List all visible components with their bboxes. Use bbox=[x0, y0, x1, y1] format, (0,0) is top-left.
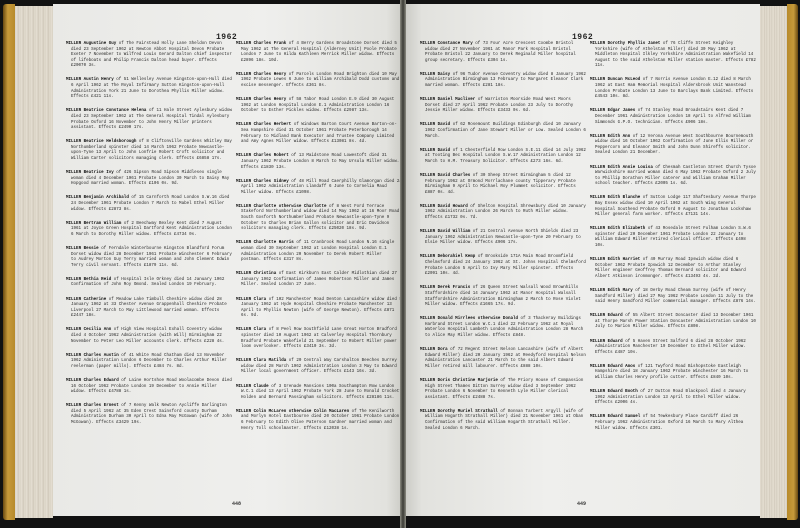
entry-given-names: Dorothy Phyllis Janet bbox=[608, 42, 661, 46]
entry-given-names: Clara bbox=[254, 328, 267, 332]
right-page-column-1: MILLER Constance Mary of 73 Four Acre Cr… bbox=[420, 42, 588, 441]
entry-surname: MILLER bbox=[420, 42, 435, 46]
probate-entry: MILLER Benjamin Archibald of 15 Carnfort… bbox=[66, 196, 234, 213]
entry-given-names: Charles Austin bbox=[84, 354, 119, 358]
entry-surname: MILLER bbox=[236, 73, 251, 77]
probate-entry: MILLER Charles Robert of 13 Maidstone Ro… bbox=[236, 154, 404, 171]
entry-given-names: Dorothy Muriel Strathall bbox=[438, 410, 498, 414]
entry-surname: MILLER bbox=[420, 255, 435, 259]
probate-entry: MILLER Cecilia Ann of High View Hospital… bbox=[66, 328, 234, 345]
entry-given-names: Charlotte otherwise Charlotte bbox=[254, 205, 327, 209]
entry-text: of 72 Regent Street Nelson Lancashire (w… bbox=[425, 348, 586, 369]
entry-surname: MILLER bbox=[590, 340, 605, 344]
entry-surname: MILLER bbox=[66, 328, 81, 332]
probate-entry: MILLER Christina of East Kirkburn East C… bbox=[236, 272, 404, 289]
entry-given-names: Charles Frank bbox=[254, 42, 287, 46]
probate-entry: MILLER Doris Christine Marjorie of The P… bbox=[420, 379, 588, 401]
entry-text: of 62 Rosemount Buildings Edinburgh died… bbox=[425, 123, 586, 138]
entry-given-names: Edith Elizabeth bbox=[608, 227, 646, 231]
entry-surname: MILLER bbox=[66, 298, 81, 302]
entry-surname: MILLER bbox=[590, 390, 605, 394]
probate-entry: MILLER Clara Matilda of 20 Central Way C… bbox=[236, 359, 404, 376]
page-year-heading: 1962 bbox=[216, 33, 237, 42]
probate-entry: MILLER Edward of 55 Albert Street Doncas… bbox=[590, 314, 758, 331]
entry-given-names: Edith Harriet bbox=[608, 258, 641, 262]
entry-surname: MILLER bbox=[66, 354, 81, 358]
entry-surname: MILLER bbox=[66, 140, 81, 144]
probate-entry: MILLER Bessie of Ferndale Winterbourne K… bbox=[66, 247, 234, 269]
probate-entry: MILLER Charlotte otherwise Charlotte of … bbox=[236, 205, 404, 233]
probate-entry: MILLER Clara of 102 Manchester Road Dent… bbox=[236, 298, 404, 320]
entry-given-names: Edith Ann bbox=[608, 135, 631, 139]
probate-entry: MILLER Edith Harriet of 40 Murray Road I… bbox=[590, 258, 758, 280]
probate-entry: MILLER David of 62 Rosemount Buildings E… bbox=[420, 123, 588, 140]
probate-entry: MILLER Dorothy Muriel Strathall of Bonna… bbox=[420, 410, 588, 432]
entry-surname: MILLER bbox=[590, 365, 605, 369]
entry-surname: MILLER bbox=[590, 258, 605, 262]
entry-given-names: Daisy bbox=[438, 73, 451, 77]
entry-surname: MILLER bbox=[236, 180, 251, 184]
probate-entry: MILLER Donald Mirrlees otherwise Donald … bbox=[420, 317, 588, 339]
probate-entry: MILLER Bertram William of 2 Beechway Bex… bbox=[66, 222, 234, 239]
entry-surname: MILLER bbox=[590, 196, 605, 200]
entry-given-names: David bbox=[438, 149, 451, 153]
probate-entry: MILLER Beatrice Constance Helena of 11 H… bbox=[66, 109, 234, 131]
entry-surname: MILLER bbox=[420, 205, 435, 209]
book-gutter bbox=[400, 0, 406, 528]
entry-given-names: Charles Ernest bbox=[84, 404, 119, 408]
entry-given-names: Austin Henry bbox=[84, 78, 114, 82]
entry-surname: MILLER bbox=[66, 78, 81, 82]
entry-given-names: Clara bbox=[254, 298, 267, 302]
probate-entry: MILLER Daisy of 96 Tudor Avenue Coventry… bbox=[420, 73, 588, 90]
probate-entry: MILLER Charles Austin of 41 White Road C… bbox=[66, 354, 234, 371]
entry-surname: MILLER bbox=[66, 278, 81, 282]
entry-given-names: David bbox=[438, 123, 451, 127]
entry-given-names: Benjamin Archibald bbox=[84, 196, 129, 200]
probate-entry: MILLER Derek Francis of 26 Queen Street … bbox=[420, 286, 588, 308]
probate-entry: MILLER Edward Samuel of 54 Tewkesbury Pl… bbox=[590, 415, 758, 432]
probate-entry: MILLER Charles Edward of Laine Hortshoe … bbox=[66, 379, 234, 396]
entry-given-names: Beatrice Heldsborough bbox=[84, 140, 137, 144]
probate-entry: MILLER Augustine Guy of The Fairstead Ho… bbox=[66, 42, 234, 70]
entry-given-names: Edith Blanche bbox=[608, 196, 641, 200]
entry-surname: MILLER bbox=[236, 298, 251, 302]
probate-entry: MILLER Edith Annie Louisa of Chesmah Cas… bbox=[590, 166, 758, 188]
entry-surname: MILLER bbox=[420, 98, 435, 102]
entry-surname: MILLER bbox=[236, 205, 251, 209]
entry-surname: MILLER bbox=[236, 98, 251, 102]
entry-given-names: Christina bbox=[254, 272, 277, 276]
entry-surname: MILLER bbox=[420, 410, 435, 414]
entry-surname: MILLER bbox=[66, 379, 81, 383]
entry-surname: MILLER bbox=[420, 348, 435, 352]
entry-given-names: Charlotte Harris bbox=[254, 241, 294, 245]
entry-surname: MILLER bbox=[236, 385, 251, 389]
left-page-column-2: MILLER Charles Frank of 4 Berry Gardens … bbox=[236, 42, 404, 441]
entry-given-names: Augustine Guy bbox=[84, 42, 117, 46]
probate-entry: MILLER Beatrice Heldsborough of 8 Clifto… bbox=[66, 140, 234, 162]
entry-surname: MILLER bbox=[236, 123, 251, 127]
page-year-heading: 1962 bbox=[572, 33, 593, 42]
entry-surname: MILLER bbox=[66, 196, 81, 200]
probate-entry: MILLER Charlotte Harris of 11 Cranbrook … bbox=[236, 241, 404, 263]
entry-surname: MILLER bbox=[420, 286, 435, 290]
probate-entry: MILLER David of 1 Chesterfield Row Londo… bbox=[420, 149, 588, 166]
entry-given-names: Donald Mirrlees otherwise Donald bbox=[438, 317, 518, 321]
probate-entry: MILLER David Howard of Shelton Hospital … bbox=[420, 205, 588, 222]
entry-given-names: Edward Samuel bbox=[608, 415, 641, 419]
entry-surname: MILLER bbox=[236, 241, 251, 245]
book-cover-left bbox=[3, 4, 15, 520]
entry-given-names: Charles Edward bbox=[84, 379, 119, 383]
probate-entry: MILLER Claude of 3 Grenade Mansions 100a… bbox=[236, 385, 404, 402]
open-book: 1962 MILLER Augustine Guy of The Fairste… bbox=[0, 0, 800, 528]
left-page-column-1: MILLER Augustine Guy of The Fairstead Ho… bbox=[66, 42, 234, 435]
entry-given-names: Edith Mary bbox=[608, 289, 633, 293]
entry-given-names: Charles Henry bbox=[254, 98, 287, 102]
left-page: 1962 MILLER Augustine Guy of The Fairste… bbox=[53, 4, 404, 516]
entry-text: of 1 Chesterfield Row London S.E.11 died… bbox=[425, 149, 586, 164]
probate-entry: MILLER Constance Mary of 73 Four Acre Cr… bbox=[420, 42, 588, 64]
probate-entry: MILLER Edward Booth of 27 Dutton Road Bl… bbox=[590, 390, 758, 407]
entry-given-names: Edward bbox=[608, 340, 623, 344]
probate-entry: MILLER Edith Blanche of Sutton Lodge 117… bbox=[590, 196, 758, 218]
entry-surname: MILLER bbox=[66, 222, 81, 226]
page-number: 449 bbox=[577, 501, 586, 507]
entry-given-names: Colin McLaren otherwise Colin MacLaren bbox=[254, 410, 350, 414]
entry-surname: MILLER bbox=[66, 42, 81, 46]
page-edges-right bbox=[760, 6, 787, 518]
entry-surname: MILLER bbox=[66, 171, 81, 175]
entry-given-names: Claude bbox=[254, 385, 269, 389]
probate-entry: MILLER Charles Henry of 58 Tabor Road Lo… bbox=[236, 98, 404, 115]
entry-given-names: Charles Robert bbox=[254, 154, 289, 158]
entry-surname: MILLER bbox=[420, 123, 435, 127]
entry-given-names: Edward bbox=[608, 314, 623, 318]
probate-entry: MILLER Clara of 8 Peel Row Southfield La… bbox=[236, 328, 404, 350]
probate-entry: MILLER Daniel Macliver of Warriston Moor… bbox=[420, 98, 588, 115]
entry-surname: MILLER bbox=[590, 109, 605, 113]
entry-given-names: Bertram William bbox=[84, 222, 122, 226]
entry-given-names: Bessie bbox=[84, 247, 99, 251]
entry-surname: MILLER bbox=[590, 78, 605, 82]
entry-given-names: Charles Henry bbox=[254, 73, 287, 77]
entry-surname: MILLER bbox=[420, 73, 435, 77]
probate-entry: MILLER Beatrice Ivy of 426 Sipson Road S… bbox=[66, 171, 234, 188]
probate-entry: MILLER Edith Mary of 18 Derby Road Cheam… bbox=[590, 289, 758, 306]
probate-entry: MILLER Charles Herbert of Windows Barton… bbox=[236, 123, 404, 145]
entry-given-names: Deborahiel Kemp bbox=[438, 255, 476, 259]
entry-surname: MILLER bbox=[236, 410, 251, 414]
probate-entry: MILLER Dorothy Phyllis Janet of 76 Cliff… bbox=[590, 42, 758, 70]
entry-given-names: Edward Booth bbox=[608, 390, 638, 394]
entry-given-names: Edward Amos bbox=[608, 365, 636, 369]
entry-surname: MILLER bbox=[236, 359, 251, 363]
entry-surname: MILLER bbox=[236, 154, 251, 158]
entry-given-names: Charles Herbert bbox=[254, 123, 292, 127]
entry-given-names: Beatrice Ivy bbox=[84, 171, 114, 175]
probate-entry: MILLER Charles Ernest of 7 Kenny Walk Ne… bbox=[66, 404, 234, 426]
entry-given-names: Catherine bbox=[84, 298, 107, 302]
entry-surname: MILLER bbox=[590, 42, 605, 46]
probate-entry: MILLER Charles Henry of Parcels London R… bbox=[236, 73, 404, 90]
entry-given-names: Beatrice Constance Helena bbox=[84, 109, 147, 113]
probate-entry: MILLER Colin McLaren otherwise Colin Mac… bbox=[236, 410, 404, 432]
page-number: 448 bbox=[232, 501, 241, 507]
entry-surname: MILLER bbox=[590, 314, 605, 318]
probate-entry: MILLER Edith Elizabeth of 43 Rosedale St… bbox=[590, 227, 758, 249]
entry-surname: MILLER bbox=[66, 247, 81, 251]
probate-entry: MILLER Edward Amos of 121 Twyford Road B… bbox=[590, 365, 758, 382]
entry-given-names: David William bbox=[438, 230, 471, 234]
entry-surname: MILLER bbox=[590, 135, 605, 139]
entry-surname: MILLER bbox=[420, 174, 435, 178]
entry-surname: MILLER bbox=[420, 230, 435, 234]
entry-given-names: Cecilia Ann bbox=[84, 328, 112, 332]
entry-surname: MILLER bbox=[236, 42, 251, 46]
probate-entry: MILLER Austin Henry of 51 Wellesley Aven… bbox=[66, 78, 234, 100]
entry-given-names: Duncan McLeod bbox=[608, 78, 641, 82]
entry-given-names: Constance Mary bbox=[438, 42, 473, 46]
entry-given-names: David Charles bbox=[438, 174, 471, 178]
probate-entry: MILLER David William of 21 Central Avenu… bbox=[420, 230, 588, 247]
entry-surname: MILLER bbox=[590, 166, 605, 170]
entry-given-names: Charles Sidney bbox=[254, 180, 289, 184]
probate-entry: MILLER David Charles of 30 Sheep Street … bbox=[420, 174, 588, 196]
probate-entry: MILLER Deborahiel Kemp of Brookside 171A… bbox=[420, 255, 588, 277]
entry-surname: MILLER bbox=[66, 404, 81, 408]
entry-text: of 96 Tudor Avenue Coventry widow died 8… bbox=[425, 73, 586, 88]
entry-surname: MILLER bbox=[420, 149, 435, 153]
entry-text: of 102 Manchester Road Denton Lancashire… bbox=[241, 298, 402, 319]
entry-surname: MILLER bbox=[420, 317, 435, 321]
entry-surname: MILLER bbox=[236, 272, 251, 276]
entry-given-names: Derek Francis bbox=[438, 286, 471, 290]
probate-entry: MILLER Bethia Reid of Hospital Isle Orkn… bbox=[66, 278, 234, 289]
book-cover-right bbox=[787, 4, 798, 520]
page-edges-left bbox=[15, 6, 53, 518]
entry-surname: MILLER bbox=[590, 415, 605, 419]
probate-entry: MILLER Edgar James of 74 Stanley Road Br… bbox=[590, 109, 758, 126]
entry-given-names: Edith Annie Louisa bbox=[608, 166, 653, 170]
entry-surname: MILLER bbox=[590, 227, 605, 231]
entry-surname: MILLER bbox=[590, 289, 605, 293]
probate-entry: MILLER Charles Frank of 4 Berry Gardens … bbox=[236, 42, 404, 64]
entry-given-names: Dora bbox=[438, 348, 448, 352]
probate-entry: MILLER Catherine of Meadow Lake Timbull … bbox=[66, 298, 234, 320]
entry-given-names: Doris Christine Marjorie bbox=[438, 379, 498, 383]
entry-surname: MILLER bbox=[236, 328, 251, 332]
probate-entry: MILLER Edith Ann of 12 Verona Avenue Wes… bbox=[590, 135, 758, 157]
probate-entry: MILLER Edward of 5 Haven Street Salford … bbox=[590, 340, 758, 357]
entry-given-names: Daniel Macliver bbox=[438, 98, 476, 102]
entry-surname: MILLER bbox=[420, 379, 435, 383]
probate-entry: MILLER Duncan McLeod of 7 Norris Avenue … bbox=[590, 78, 758, 100]
entry-given-names: Edgar James bbox=[608, 109, 636, 113]
right-page-column-2: MILLER Dorothy Phyllis Janet of 76 Cliff… bbox=[590, 42, 758, 441]
entry-given-names: David Howard bbox=[438, 205, 468, 209]
probate-entry: MILLER Charles Sidney of 48 Mill Road Ca… bbox=[236, 180, 404, 197]
entry-surname: MILLER bbox=[66, 109, 81, 113]
entry-given-names: Clara Matilda bbox=[254, 359, 287, 363]
entry-given-names: Bethia Reid bbox=[84, 278, 112, 282]
right-page: 1962 MILLER Constance Mary of 73 Four Ac… bbox=[404, 4, 760, 516]
probate-entry: MILLER Dora of 72 Regent Street Nelson L… bbox=[420, 348, 588, 370]
